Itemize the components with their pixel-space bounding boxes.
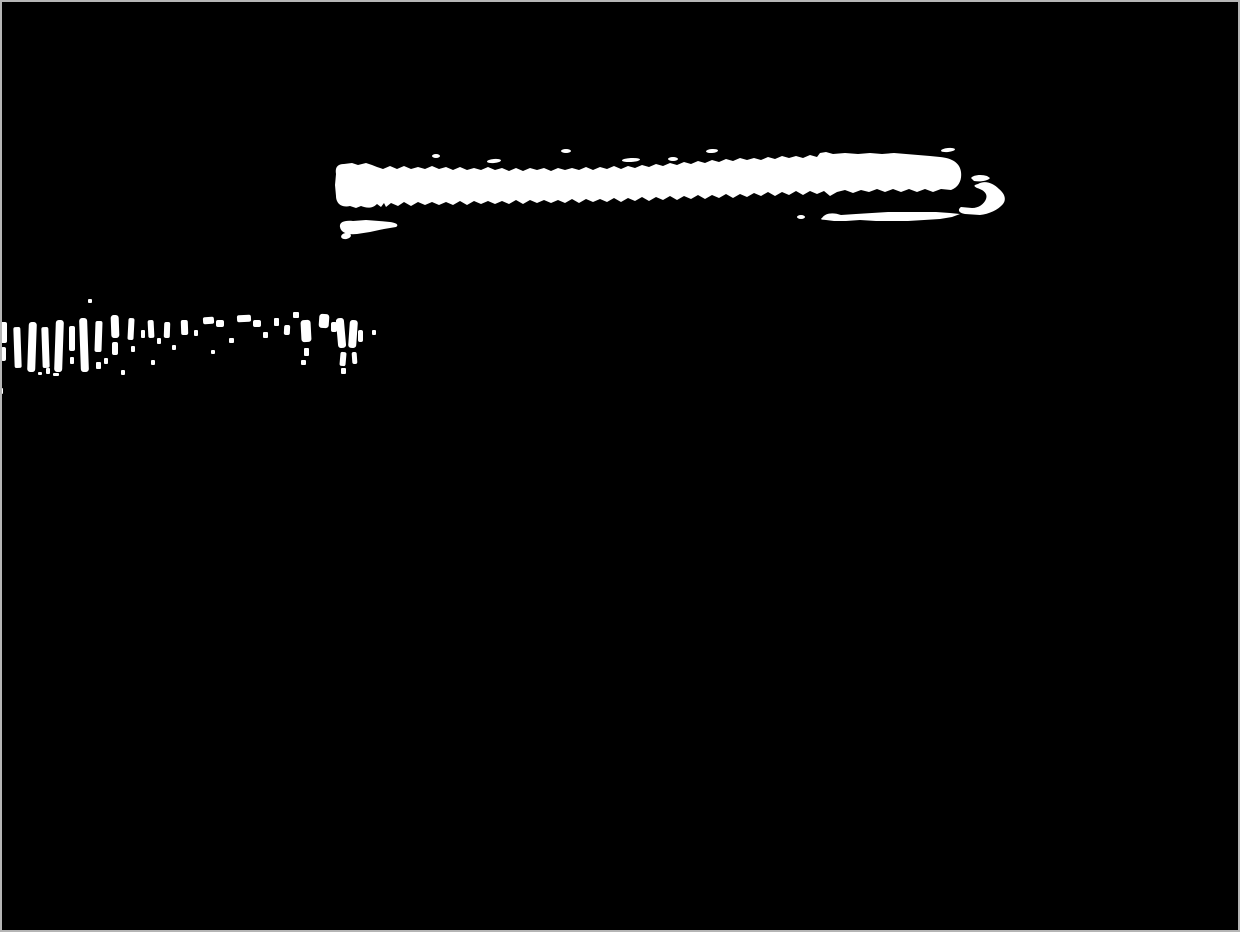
stripe-blob xyxy=(127,318,134,340)
stripe-blob xyxy=(157,338,161,344)
mask-svg xyxy=(0,0,1240,932)
stripe-blob xyxy=(237,315,251,323)
stripe-blob xyxy=(164,322,171,338)
stripe-speck xyxy=(53,373,59,376)
stripe-blob xyxy=(216,320,224,327)
stripe-blob xyxy=(141,330,145,338)
stripe-blob xyxy=(300,320,311,342)
stripe-blob xyxy=(263,332,268,338)
stripe-blob xyxy=(253,320,261,327)
stripe-blob xyxy=(203,317,214,325)
stripe-blob xyxy=(13,327,21,368)
stripe-blob xyxy=(339,352,346,366)
stripe-speck xyxy=(38,372,42,375)
stripe-speck xyxy=(121,370,125,375)
stripe-speck xyxy=(88,299,92,303)
streak-left-speck xyxy=(797,215,805,219)
stripe-speck xyxy=(372,330,376,335)
stripe-blob xyxy=(319,314,330,329)
stripe-blob xyxy=(194,330,198,336)
stripe-blob xyxy=(229,338,234,343)
stripe-blob xyxy=(293,312,299,318)
stripe-blob xyxy=(70,357,74,364)
binary-mask-figure xyxy=(0,0,1240,932)
stripe-blob xyxy=(181,320,189,335)
stripe-speck xyxy=(211,350,215,354)
stripe-blob xyxy=(41,327,49,368)
stripe-blob xyxy=(104,358,108,364)
stripe-blob xyxy=(352,352,358,364)
speck-above-bar xyxy=(432,154,440,158)
stripe-blob xyxy=(284,325,291,335)
stripe-blob xyxy=(331,322,337,332)
stripe-blob xyxy=(274,318,279,326)
stripe-speck xyxy=(341,368,346,374)
stripe-blob xyxy=(94,321,102,352)
stripe-blob xyxy=(172,345,176,350)
stripe-speck xyxy=(46,368,50,374)
stripe-blob xyxy=(111,315,120,338)
stripe-blob xyxy=(69,326,75,351)
stripe-blob xyxy=(304,348,309,356)
stripe-blob xyxy=(131,346,135,352)
stripe-blob xyxy=(112,342,118,355)
stripe-blob xyxy=(148,320,155,338)
stripe-speck xyxy=(96,362,101,369)
stripe-speck xyxy=(301,360,306,365)
stripe-speck xyxy=(151,360,155,365)
mask-background xyxy=(0,0,1240,932)
speck-above-bar xyxy=(668,157,678,161)
speck-above-bar xyxy=(561,149,571,153)
stripe-blob xyxy=(358,330,363,342)
